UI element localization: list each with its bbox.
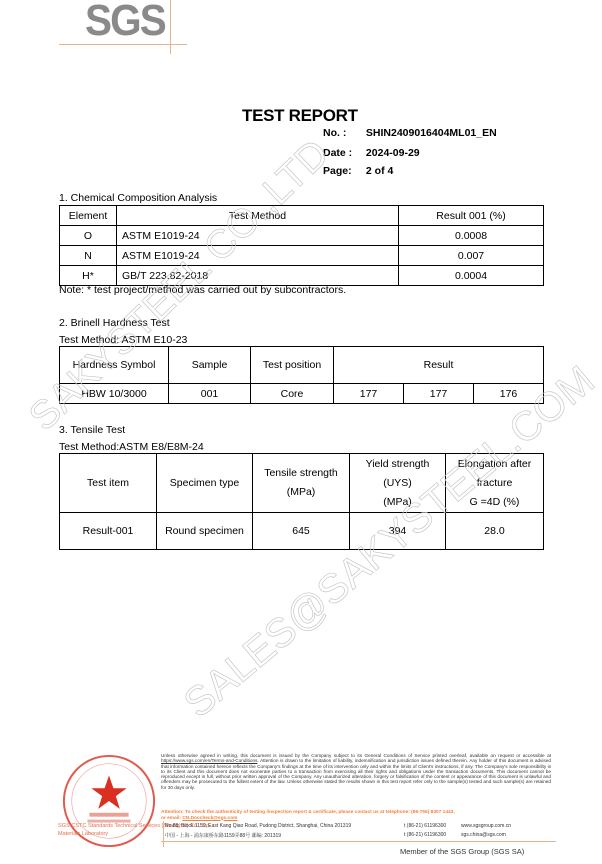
contact-email-link[interactable]: sgs.china@sgs.com xyxy=(461,832,506,838)
sample-cell: 001 xyxy=(169,384,251,404)
report-page-label: Page: xyxy=(323,165,363,177)
element-cell: H* xyxy=(60,266,117,286)
column-header: Result xyxy=(334,347,544,384)
subcontractor-note: Note: * test project/method was carried … xyxy=(59,284,346,296)
telephone-2: t (86-21) 61196300 xyxy=(404,832,446,838)
chemical-composition-table: Element Test Method Result 001 (%) O AST… xyxy=(59,205,544,286)
header-line: Elongation after xyxy=(446,455,543,474)
website-link[interactable]: www.sgsgroup.com.cn xyxy=(461,823,511,829)
table-header-row: Hardness Symbol Sample Test position Res… xyxy=(60,347,544,384)
table-header-row: Test item Specimen type Tensile strength… xyxy=(60,454,544,513)
result-cell: 177 xyxy=(404,384,474,404)
result-cell: 176 xyxy=(474,384,544,404)
column-header: Element xyxy=(60,206,117,226)
method-cell: GB/T 223.82-2018 xyxy=(117,266,399,286)
table-row: O ASTM E1019-24 0.0008 xyxy=(60,226,544,246)
result-cell: 177 xyxy=(334,384,404,404)
stamp-lab-label: Materials Laboratory xyxy=(58,831,108,837)
header-line: (MPa) xyxy=(350,493,445,512)
logo-rule-horizontal xyxy=(59,44,187,45)
header-line: Yield strength xyxy=(350,455,445,474)
elongation-cell: 28.0 xyxy=(446,513,544,550)
column-header: Test item xyxy=(60,454,157,513)
address-chinese: 中国 - 上海 - 浦东康桥东路1159弄88号 邮编: 201319 xyxy=(165,832,281,839)
legal-text: . Attention is drawn to the limitation o… xyxy=(161,758,551,789)
specimen-type-cell: Round specimen xyxy=(157,513,253,550)
brinell-hardness-table: Hardness Symbol Sample Test position Res… xyxy=(59,346,544,404)
telephone-1: t (86-21) 61196300 xyxy=(404,823,446,829)
column-header: Test Method xyxy=(117,206,399,226)
legal-text: Unless otherwise agreed in writing, this… xyxy=(161,753,551,758)
report-number-value: SHIN2409016404ML01_EN xyxy=(366,127,497,139)
authenticity-notice: Attention: To check the authenticity of … xyxy=(161,810,556,821)
section-hardness-title: 2. Brinell Hardness Test xyxy=(59,317,170,329)
position-cell: Core xyxy=(251,384,334,404)
report-title: TEST REPORT xyxy=(242,106,358,126)
sgs-logo: SGS xyxy=(85,0,165,46)
result-cell: 0.0008 xyxy=(399,226,544,246)
result-cell: 0.007 xyxy=(399,246,544,266)
header-line: fracture xyxy=(446,474,543,493)
header-line: (UYS) xyxy=(350,474,445,493)
table-row: H* GB/T 223.82-2018 0.0004 xyxy=(60,266,544,286)
hardness-symbol-cell: HBW 10/3000 xyxy=(60,384,169,404)
logo-rule-vertical xyxy=(170,0,171,54)
report-page: Page: 2 of 4 xyxy=(323,165,393,177)
header-line: Tensile strength xyxy=(253,464,349,483)
footer-rule-vertical xyxy=(163,821,164,847)
report-number: No. : SHIN2409016404ML01_EN xyxy=(323,127,497,139)
report-number-label: No. : xyxy=(323,127,363,139)
table-header-row: Element Test Method Result 001 (%) xyxy=(60,206,544,226)
tensile-method: Test Method:ASTM E8/E8M-24 xyxy=(59,441,204,453)
report-page-value: 2 of 4 xyxy=(366,165,393,177)
column-header: Elongation after fracture G =4D (%) xyxy=(446,454,544,513)
column-header: Test position xyxy=(251,347,334,384)
column-header: Sample xyxy=(169,347,251,384)
report-date-value: 2024-09-29 xyxy=(366,147,420,159)
method-cell: ASTM E1019-24 xyxy=(117,226,399,246)
column-header: Specimen type xyxy=(157,454,253,513)
footer-rule-horizontal xyxy=(161,841,556,842)
section-tensile-title: 3. Tensile Test xyxy=(59,424,125,436)
element-cell: N xyxy=(60,246,117,266)
tensile-test-table: Test item Specimen type Tensile strength… xyxy=(59,453,544,550)
header-line: (MPa) xyxy=(253,483,349,502)
section-chemical-title: 1. Chemical Composition Analysis xyxy=(59,192,217,204)
column-header: Tensile strength (MPa) xyxy=(253,454,350,513)
test-item-cell: Result-001 xyxy=(60,513,157,550)
report-date: Date : 2024-09-29 xyxy=(323,147,420,159)
header-line: Specimen type xyxy=(157,474,252,493)
column-header: Hardness Symbol xyxy=(60,347,169,384)
attention-email-prefix: or email: xyxy=(161,816,182,821)
result-cell: 0.0004 xyxy=(399,266,544,286)
column-header: Result 001 (%) xyxy=(399,206,544,226)
header-line: G =4D (%) xyxy=(446,493,543,512)
address-english: No.88, Block 1159, East Kang Qiao Road, … xyxy=(165,823,351,829)
tensile-strength-cell: 645 xyxy=(253,513,350,550)
table-row: N ASTM E1019-24 0.007 xyxy=(60,246,544,266)
element-cell: O xyxy=(60,226,117,246)
report-date-label: Date : xyxy=(323,147,363,159)
method-cell: ASTM E1019-24 xyxy=(117,246,399,266)
legal-disclaimer: Unless otherwise agreed in writing, this… xyxy=(161,753,551,790)
doccheck-email-link[interactable]: CN.Doccheck@sgs.com xyxy=(182,816,237,821)
table-row: Result-001 Round specimen 645 394 28.0 xyxy=(60,513,544,550)
column-header: Yield strength (UYS) (MPa) xyxy=(350,454,446,513)
header-line: Test item xyxy=(60,474,156,493)
member-statement: Member of the SGS Group (SGS SA) xyxy=(400,847,524,856)
terms-link[interactable]: https://www.sgs.com/en/Terms-and-Conditi… xyxy=(161,758,257,763)
hardness-method: Test Method: ASTM E10-23 xyxy=(59,334,187,346)
yield-strength-cell: 394 xyxy=(350,513,446,550)
table-row: HBW 10/3000 001 Core 177 177 176 xyxy=(60,384,544,404)
